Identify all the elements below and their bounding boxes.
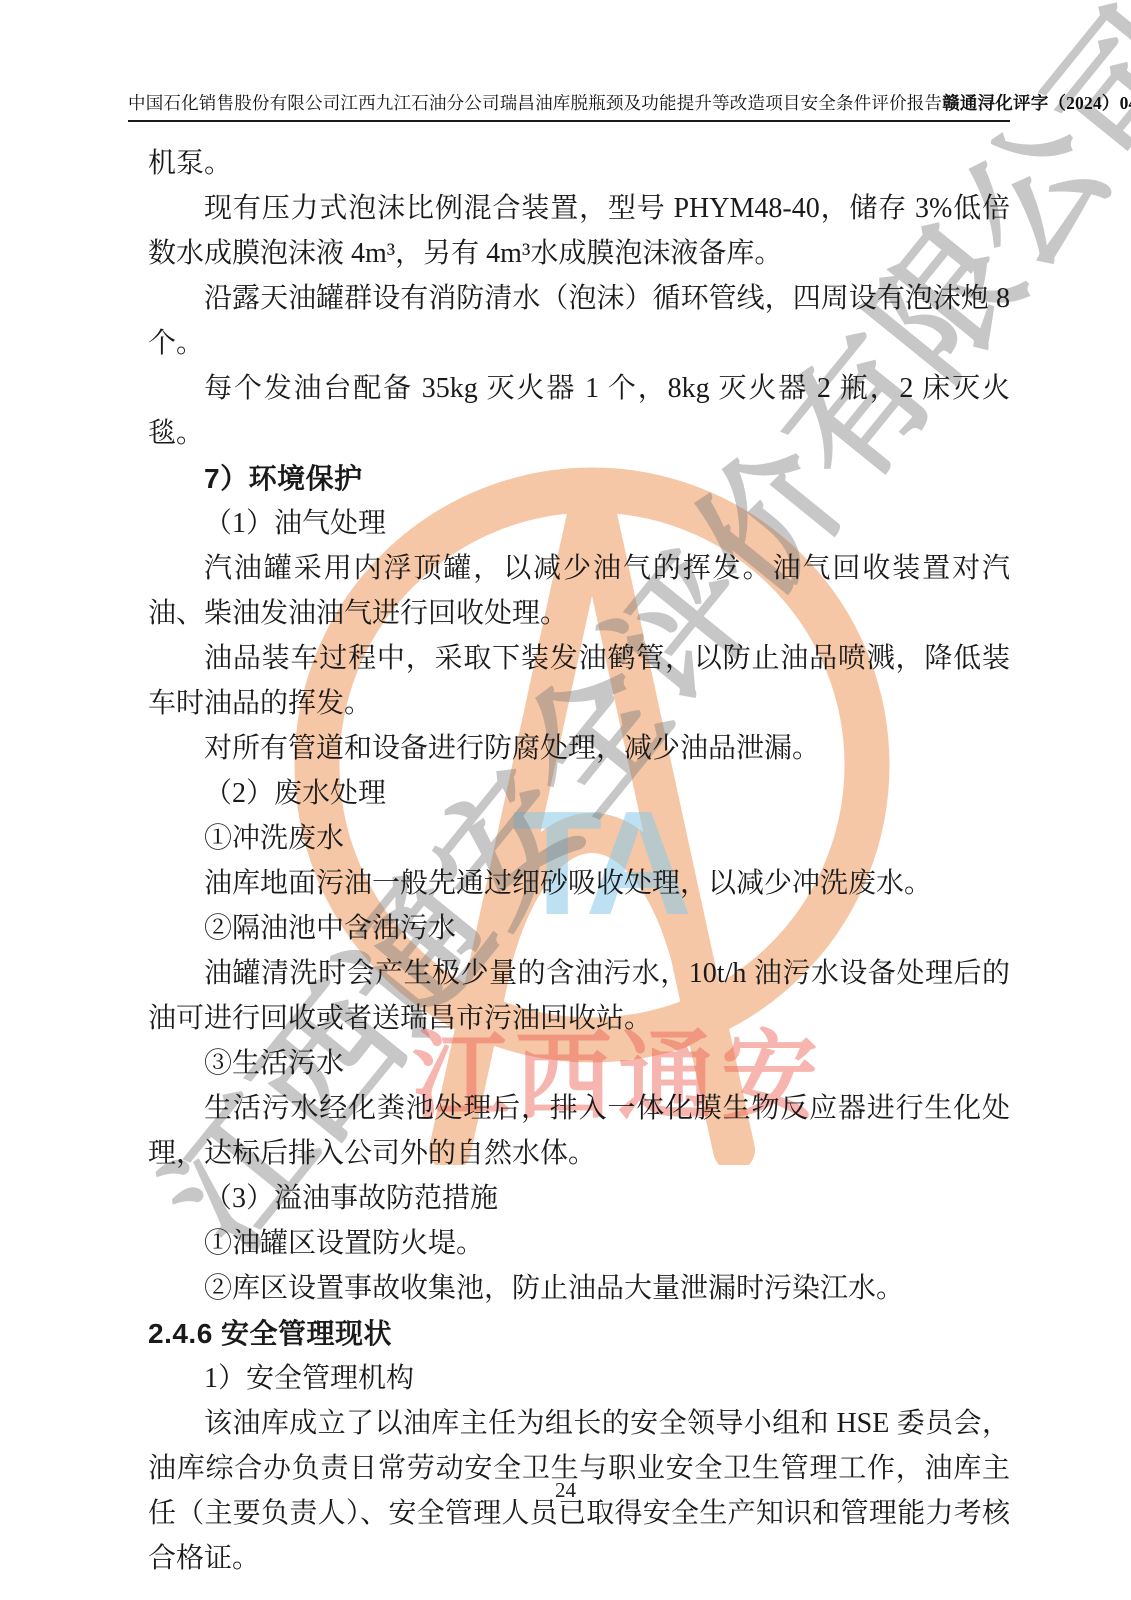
paragraph: ③生活污水: [148, 1041, 1010, 1086]
paragraph: 沿露天油罐群设有消防清水（泡沫）循环管线，四周设有泡沫炮 8 个。: [148, 276, 1010, 366]
paragraph: 对所有管道和设备进行防腐处理，减少油品泄漏。: [148, 726, 1010, 771]
document-page: TA 江西通安全评价有限公司 江西通安 中国石化销售股份有限公司江西九江石油分公…: [0, 0, 1131, 1600]
paragraph: ②隔油池中含油污水: [148, 906, 1010, 951]
paragraph: 油罐清洗时会产生极少量的含油污水，10t/h 油污水设备处理后的油可进行回收或者…: [148, 951, 1010, 1041]
paragraph: 油库地面污油一般先通过细砂吸收处理，以减少冲洗废水。: [148, 861, 1010, 906]
document-number: 赣通浔化评字（2024）045号: [942, 90, 1131, 115]
paragraph: 油品装车过程中，采取下装发油鹤管，以防止油品喷溅，降低装车时油品的挥发。: [148, 636, 1010, 726]
page-header: 中国石化销售股份有限公司江西九江石油分公司瑞昌油库脱瓶颈及功能提升等改造项目安全…: [128, 90, 1010, 122]
document-body: 机泵。现有压力式泡沫比例混合装置，型号 PHYM48-40，储存 3%低倍数水成…: [148, 141, 1010, 1581]
paragraph: ①油罐区设置防火堤。: [148, 1221, 1010, 1266]
paragraph: 汽油罐采用内浮顶罐，以减少油气的挥发。油气回收装置对汽油、柴油发油油气进行回收处…: [148, 546, 1010, 636]
paragraph: 2.4.6 安全管理现状: [148, 1311, 1010, 1356]
paragraph: 机泵。: [148, 141, 1010, 186]
paragraph: ②库区设置事故收集池，防止油品大量泄漏时污染江水。: [148, 1266, 1010, 1311]
paragraph: ①冲洗废水: [148, 816, 1010, 861]
page-footer: 24: [0, 1478, 1131, 1503]
page-number: 24: [555, 1478, 576, 1502]
paragraph: （1）油气处理: [148, 501, 1010, 546]
paragraph: 7）环境保护: [148, 456, 1010, 501]
report-title: 中国石化销售股份有限公司江西九江石油分公司瑞昌油库脱瓶颈及功能提升等改造项目安全…: [128, 90, 942, 115]
paragraph: 1）安全管理机构: [148, 1356, 1010, 1401]
paragraph: 每个发油台配备 35kg 灭火器 1 个，8kg 灭火器 2 瓶，2 床灭火毯。: [148, 366, 1010, 456]
paragraph: （3）溢油事故防范措施: [148, 1176, 1010, 1221]
paragraph: 现有压力式泡沫比例混合装置，型号 PHYM48-40，储存 3%低倍数水成膜泡沫…: [148, 186, 1010, 276]
paragraph: 生活污水经化粪池处理后，排入一体化膜生物反应器进行生化处理，达标后排入公司外的自…: [148, 1086, 1010, 1176]
paragraph: （2）废水处理: [148, 771, 1010, 816]
